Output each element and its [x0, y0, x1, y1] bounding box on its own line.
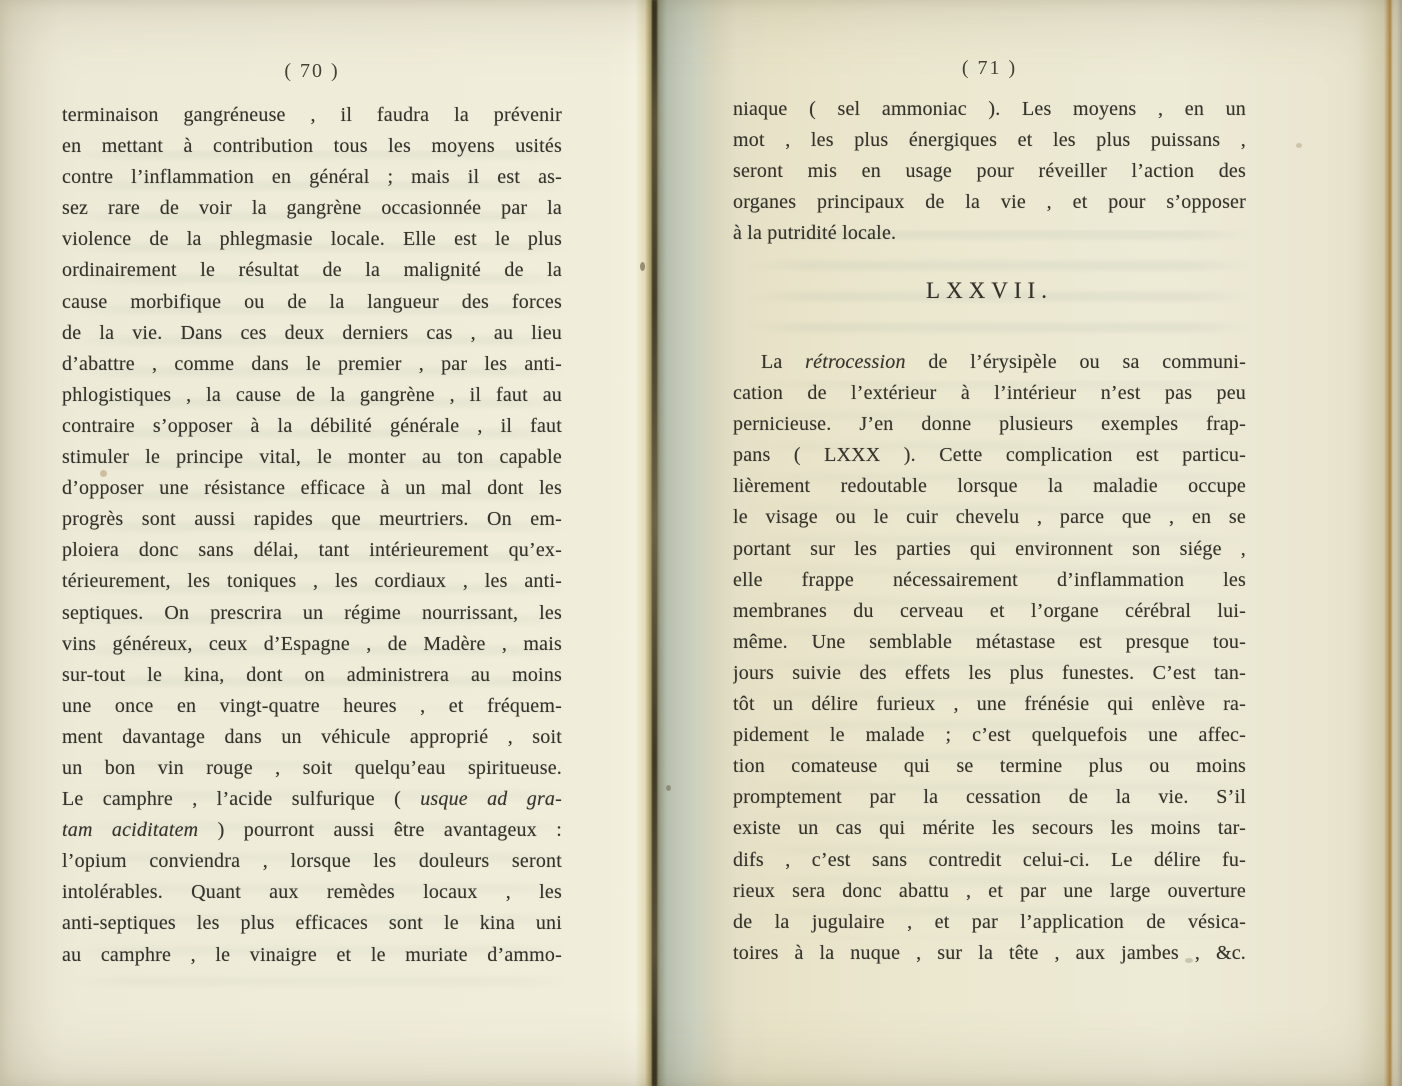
page-71-paragraph-2: La rétrocession de l’érysipèle ou sa com…: [733, 347, 1246, 969]
text-line: un bon vin rouge , soit quelqu’eau spiri…: [62, 753, 562, 784]
book-gutter-crease: [652, 0, 657, 1086]
text-line: terminaison gangréneuse , il faudra la p…: [62, 100, 562, 131]
text-line: contraire s’opposer à la débilité généra…: [62, 411, 562, 442]
scanned-book-spread: ( 70 ) terminaison gangréneuse , il faud…: [0, 0, 1402, 1086]
text-segment: un bon vin rouge , soit quelqu’eau spiri…: [62, 757, 562, 779]
text-line: existe un cas qui mérite les secours les…: [733, 813, 1246, 844]
text-segment: phlogistiques , la cause de la gangrène …: [62, 384, 562, 406]
text-segment: Le camphre , l’acide sulfurique (: [62, 788, 420, 810]
text-line: d’abattre , comme dans le premier , par …: [62, 349, 562, 380]
text-line: cation de l’extérieur à l’intérieur n’es…: [733, 378, 1246, 409]
text-line: ment davantage dans un véhicule appropri…: [62, 722, 562, 753]
text-segment: violence de la phlegmasie locale. Elle e…: [62, 228, 562, 250]
text-line: l’opium conviendra , lorsque les douleur…: [62, 846, 562, 877]
text-segment: difs , c’est sans contredit celui-ci. Le…: [733, 849, 1246, 871]
text-segment: cation de l’extérieur à l’intérieur n’es…: [733, 382, 1246, 404]
text-line: portant sur les parties qui environnent …: [733, 534, 1246, 565]
text-segment: intolérables. Quant aux remèdes locaux ,…: [62, 881, 562, 903]
text-segment: d’abattre , comme dans le premier , par …: [62, 353, 562, 375]
page-71-paragraph-1: niaque ( sel ammoniac ). Les moyens , en…: [733, 94, 1246, 249]
text-segment: en mettant à contribution tous les moyen…: [62, 135, 562, 157]
text-segment: le visage ou le cuir chevelu , parce que…: [733, 506, 1246, 528]
text-segment: rieux sera donc abattu , et par une larg…: [733, 880, 1246, 902]
text-segment: anti-septiques les plus efficaces sont l…: [62, 912, 562, 934]
text-segment: seront mis en usage pour réveiller l’act…: [733, 160, 1246, 182]
text-line: en mettant à contribution tous les moyen…: [62, 131, 562, 162]
text-segment: l’opium conviendra , lorsque les douleur…: [62, 850, 562, 872]
text-segment: mot , les plus énergiques et les plus pu…: [733, 129, 1246, 151]
text-line: vins généreux, ceux d’Espagne , de Madèr…: [62, 629, 562, 660]
text-line: elle frappe nécessairement d’inflammatio…: [733, 565, 1246, 596]
text-line: le visage ou le cuir chevelu , parce que…: [733, 502, 1246, 533]
text-line: stimuler le principe vital, le monter au…: [62, 442, 562, 473]
text-line: anti-septiques les plus efficaces sont l…: [62, 908, 562, 939]
text-segment: de la vie. Dans ces deux derniers cas , …: [62, 322, 562, 344]
text-segment: La: [761, 351, 805, 373]
text-segment: contraire s’opposer à la débilité généra…: [62, 415, 562, 437]
text-line: cause morbifique ou de la langueur des f…: [62, 287, 562, 318]
text-line: tion comateuse qui se termine plus ou mo…: [733, 751, 1246, 782]
italic-text-segment: usque ad gra-: [420, 788, 562, 810]
text-segment: ) pourront aussi être avantageux :: [198, 819, 562, 841]
text-segment: de la jugulaire , et par l’application d…: [733, 911, 1246, 933]
text-segment: septiques. On prescrira un régime nourri…: [62, 602, 562, 624]
text-segment: même. Une semblable métastase est presqu…: [733, 631, 1246, 653]
page-70-body-text: terminaison gangréneuse , il faudra la p…: [62, 100, 562, 971]
page-fore-edge: [1358, 0, 1402, 1086]
text-line: organes principaux de la vie , et pour s…: [733, 187, 1246, 218]
text-line: sez rare de voir la gangrène occasionnée…: [62, 193, 562, 224]
text-segment: pans ( LXXX ). Cette complication est pa…: [733, 444, 1246, 466]
text-segment: promptement par la cessation de la vie. …: [733, 786, 1246, 808]
text-segment: sez rare de voir la gangrène occasionnée…: [62, 197, 562, 219]
text-line: lièrement redoutable lorsque la maladie …: [733, 471, 1246, 502]
text-line: au camphre , le vinaigre et le muriate d…: [62, 940, 562, 971]
text-line: de la vie. Dans ces deux derniers cas , …: [62, 318, 562, 349]
text-segment: ordinairement le résultat de la malignit…: [62, 259, 562, 281]
text-line: membranes du cerveau et l’organe cérébra…: [733, 596, 1246, 627]
text-line: Le camphre , l’acide sulfurique ( usque …: [62, 784, 562, 815]
text-line: phlogistiques , la cause de la gangrène …: [62, 380, 562, 411]
text-line: niaque ( sel ammoniac ). Les moyens , en…: [733, 94, 1246, 125]
text-segment: térieurement, les toniques , les cordiau…: [62, 570, 562, 592]
text-line: rieux sera donc abattu , et par une larg…: [733, 876, 1246, 907]
text-line: toires à la nuque , sur la tête , aux ja…: [733, 938, 1246, 969]
text-segment: pidement le malade ; c’est quelquefois u…: [733, 724, 1246, 746]
text-line: ordinairement le résultat de la malignit…: [62, 255, 562, 286]
italic-text-segment: rétrocession: [805, 351, 906, 373]
text-line: à la putridité locale.: [733, 218, 1246, 249]
italic-text-segment: tam aciditatem: [62, 819, 198, 841]
text-line: de la jugulaire , et par l’application d…: [733, 907, 1246, 938]
text-line: La rétrocession de l’érysipèle ou sa com…: [733, 347, 1246, 378]
text-segment: niaque ( sel ammoniac ). Les moyens , en…: [733, 98, 1246, 120]
text-line: d’opposer une résistance efficace à un m…: [62, 473, 562, 504]
text-segment: à la putridité locale.: [733, 222, 896, 244]
text-segment: existe un cas qui mérite les secours les…: [733, 817, 1246, 839]
text-segment: tôt un délire furieux , une frénésie qui…: [733, 693, 1246, 715]
text-segment: cause morbifique ou de la langueur des f…: [62, 291, 562, 313]
text-line: tam aciditatem ) pourront aussi être ava…: [62, 815, 562, 846]
text-line: intolérables. Quant aux remèdes locaux ,…: [62, 877, 562, 908]
text-segment: membranes du cerveau et l’organe cérébra…: [733, 600, 1246, 622]
text-line: sur-tout le kina, dont on administrera a…: [62, 660, 562, 691]
text-line: contre l’inflammation en général ; mais …: [62, 162, 562, 193]
text-line: violence de la phlegmasie locale. Elle e…: [62, 224, 562, 255]
text-segment: vins généreux, ceux d’Espagne , de Madèr…: [62, 633, 562, 655]
text-line: pans ( LXXX ). Cette complication est pa…: [733, 440, 1246, 471]
text-segment: lièrement redoutable lorsque la maladie …: [733, 475, 1246, 497]
text-line: ploiera donc sans délai, tant intérieure…: [62, 535, 562, 566]
text-segment: ploiera donc sans délai, tant intérieure…: [62, 539, 562, 561]
text-line: promptement par la cessation de la vie. …: [733, 782, 1246, 813]
text-line: pernicieuse. J’en donne plusieurs exempl…: [733, 409, 1246, 440]
text-segment: ment davantage dans un véhicule appropri…: [62, 726, 562, 748]
text-line: difs , c’est sans contredit celui-ci. Le…: [733, 845, 1246, 876]
text-segment: elle frappe nécessairement d’inflammatio…: [733, 569, 1246, 591]
text-segment: une once en vingt-quatre heures , et fré…: [62, 695, 562, 717]
text-segment: portant sur les parties qui environnent …: [733, 538, 1246, 560]
text-segment: tion comateuse qui se termine plus ou mo…: [733, 755, 1246, 777]
text-line: même. Une semblable métastase est presqu…: [733, 627, 1246, 658]
text-segment: de l’érysipèle ou sa communi-: [906, 351, 1246, 373]
text-segment: au camphre , le vinaigre et le muriate d…: [62, 944, 562, 966]
text-line: térieurement, les toniques , les cordiau…: [62, 566, 562, 597]
page-71-header: ( 71 ): [733, 57, 1246, 80]
text-segment: jours suivie des effets les plus funeste…: [733, 662, 1246, 684]
text-segment: contre l’inflammation en général ; mais …: [62, 166, 562, 188]
text-segment: progrès sont aussi rapides que meurtrier…: [62, 508, 562, 530]
text-line: jours suivie des effets les plus funeste…: [733, 658, 1246, 689]
text-segment: toires à la nuque , sur la tête , aux ja…: [733, 942, 1246, 964]
text-segment: terminaison gangréneuse , il faudra la p…: [62, 104, 562, 126]
text-line: tôt un délire furieux , une frénésie qui…: [733, 689, 1246, 720]
text-segment: organes principaux de la vie , et pour s…: [733, 191, 1246, 213]
text-line: septiques. On prescrira un régime nourri…: [62, 598, 562, 629]
text-line: mot , les plus énergiques et les plus pu…: [733, 125, 1246, 156]
text-line: progrès sont aussi rapides que meurtrier…: [62, 504, 562, 535]
text-line: une once en vingt-quatre heures , et fré…: [62, 691, 562, 722]
text-line: pidement le malade ; c’est quelquefois u…: [733, 720, 1246, 751]
text-segment: pernicieuse. J’en donne plusieurs exempl…: [733, 413, 1246, 435]
text-segment: sur-tout le kina, dont on administrera a…: [62, 664, 562, 686]
page-70-header: ( 70 ): [62, 60, 562, 83]
page-71-section-heading: LXXVII.: [733, 278, 1246, 304]
text-segment: d’opposer une résistance efficace à un m…: [62, 477, 562, 499]
text-segment: stimuler le principe vital, le monter au…: [62, 446, 562, 468]
text-line: seront mis en usage pour réveiller l’act…: [733, 156, 1246, 187]
